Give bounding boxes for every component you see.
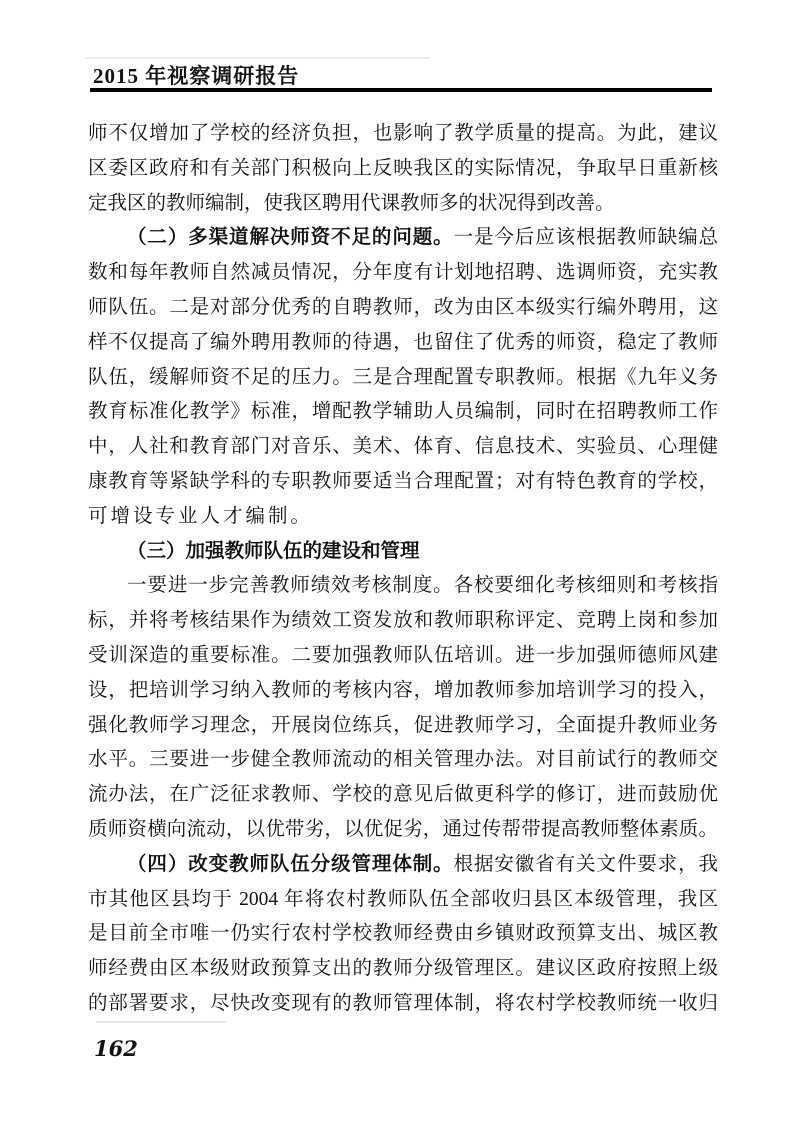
text-line: 设，把培训学习纳入教师的考核内容，增加教师参加培训学习的投入， <box>88 674 718 709</box>
section-heading-3: （三）加强教师队伍的建设和管理 <box>127 541 420 562</box>
text-line: 的部署要求，尽快改变现有的教师管理体制，将农村学校教师统一收归 <box>88 987 718 1022</box>
text-line: 师不仅增加了学校的经济负担，也影响了教学质量的提高。为此，建议 <box>88 117 718 152</box>
text-line: 定我区的教师编制，使我区聘用代课教师多的状况得到改善。 <box>88 187 718 222</box>
line-text: 市其他区县均于 2004 年将农村教师队伍全部收归县区本级管理，我区 <box>88 889 718 910</box>
line-text: 流办法，在广泛征求教师、学校的意见后做更科学的修订，进而鼓励优 <box>88 784 718 805</box>
text-line: 标，并将考核结果作为绩效工资发放和教师职称评定、竞聘上岗和参加 <box>88 604 718 639</box>
line-text: 可增设专业人才编制。 <box>88 506 313 527</box>
document-page: 2015 年视察调研报告 师不仅增加了学校的经济负担，也影响了教学质量的提高。为… <box>0 0 803 1133</box>
line-text: 中，人社和教育部门对音乐、美术、体育、信息技术、实验员、心理健 <box>88 436 718 457</box>
text-line: 流办法，在广泛征求教师、学校的意见后做更科学的修订，进而鼓励优 <box>88 778 718 813</box>
line-text: 强化教师学习理念，开展岗位练兵，促进教师学习，全面提升教师业务 <box>88 715 718 736</box>
line-text: 的部署要求，尽快改变现有的教师管理体制，将农村学校教师统一收归 <box>88 993 718 1014</box>
text-line: 样不仅提高了编外聘用教师的待遇，也留住了优秀的师资，稳定了教师 <box>88 326 718 361</box>
line-text: 师队伍。二是对部分优秀的自聘教师，改为由区本级实行编外聘用，这 <box>88 297 718 318</box>
text-line: 区委区政府和有关部门积极向上反映我区的实际情况，争取早日重新核 <box>88 152 718 187</box>
line-text: 水平。三要进一步健全教师流动的相关管理办法。对目前试行的教师交 <box>88 749 718 770</box>
section-heading-4: （四）改变教师队伍分级管理体制。 <box>127 854 454 875</box>
scan-artifact <box>85 57 430 59</box>
text-line: 水平。三要进一步健全教师流动的相关管理办法。对目前试行的教师交 <box>88 743 718 778</box>
text-line: 康教育等紧缺学科的专职教师要适当合理配置；对有特色教育的学校， <box>88 465 718 500</box>
line-text: 根据安徽省有关文件要求，我 <box>454 854 718 875</box>
page-number: 162 <box>94 1036 138 1061</box>
text-line: 强化教师学习理念，开展岗位练兵，促进教师学习，全面提升教师业务 <box>88 709 718 744</box>
report-title: 2015 年视察调研报告 <box>93 60 299 90</box>
line-text: 师不仅增加了学校的经济负担，也影响了教学质量的提高。为此，建议 <box>88 123 718 144</box>
text-line: 可增设专业人才编制。 <box>88 500 718 535</box>
line-text: 受训深造的重要标准。二要加强教师队伍培训。进一步加强师德师风建 <box>88 645 718 666</box>
text-line: 受训深造的重要标准。二要加强教师队伍培训。进一步加强师德师风建 <box>88 639 718 674</box>
header-rule <box>90 88 712 92</box>
line-text: 数和每年教师自然减员情况，分年度有计划地招聘、选调师资，充实教 <box>88 262 718 283</box>
text-line: （二）多渠道解决师资不足的问题。一是今后应该根据教师缺编总 <box>88 221 718 256</box>
text-line: 是目前全市唯一仍实行农村学校教师经费由乡镇财政预算支出、城区教 <box>88 917 718 952</box>
line-text: 教育标准化教学》标准，增配教学辅助人员编制，同时在招聘教师工作 <box>88 401 718 422</box>
text-line: 一要进一步完善教师绩效考核制度。各校要细化考核细则和考核指 <box>88 569 718 604</box>
line-text: 质师资横向流动，以优带劣，以优促劣，通过传帮带提高教师整体素质。 <box>88 819 718 840</box>
line-text: 样不仅提高了编外聘用教师的待遇，也留住了优秀的师资，稳定了教师 <box>88 332 718 353</box>
line-text: 区委区政府和有关部门积极向上反映我区的实际情况，争取早日重新核 <box>88 158 718 179</box>
text-line: 教育标准化教学》标准，增配教学辅助人员编制，同时在招聘教师工作 <box>88 395 718 430</box>
text-line: 师队伍。二是对部分优秀的自聘教师，改为由区本级实行编外聘用，这 <box>88 291 718 326</box>
line-text: 是目前全市唯一仍实行农村学校教师经费由乡镇财政预算支出、城区教 <box>88 923 718 944</box>
line-text: 定我区的教师编制，使我区聘用代课教师多的状况得到改善。 <box>88 193 615 214</box>
text-line: 数和每年教师自然减员情况，分年度有计划地招聘、选调师资，充实教 <box>88 256 718 291</box>
scan-artifact <box>96 1021 226 1023</box>
text-line: （四）改变教师队伍分级管理体制。根据安徽省有关文件要求，我 <box>88 848 718 883</box>
text-line: 市其他区县均于 2004 年将农村教师队伍全部收归县区本级管理，我区 <box>88 883 718 918</box>
document-body: 师不仅增加了学校的经济负担，也影响了教学质量的提高。为此，建议 区委区政府和有关… <box>88 117 718 1022</box>
line-text: 标，并将考核结果作为绩效工资发放和教师职称评定、竞聘上岗和参加 <box>88 610 718 631</box>
text-line: （三）加强教师队伍的建设和管理 <box>88 535 718 570</box>
text-line: 师经费由区本级财政预算支出的教师分级管理区。建议区政府按照上级 <box>88 952 718 987</box>
line-text: 设，把培训学习纳入教师的考核内容，增加教师参加培训学习的投入， <box>88 680 718 701</box>
text-line: 质师资横向流动，以优带劣，以优促劣，通过传帮带提高教师整体素质。 <box>88 813 718 848</box>
line-text: 师经费由区本级财政预算支出的教师分级管理区。建议区政府按照上级 <box>88 958 718 979</box>
section-heading-2: （二）多渠道解决师资不足的问题。 <box>127 227 454 248</box>
line-text: 一是今后应该根据教师缺编总 <box>454 227 718 248</box>
line-text: 康教育等紧缺学科的专职教师要适当合理配置；对有特色教育的学校， <box>88 471 718 492</box>
text-line: 队伍，缓解师资不足的压力。三是合理配置专职教师。根据《九年义务 <box>88 361 718 396</box>
text-line: 中，人社和教育部门对音乐、美术、体育、信息技术、实验员、心理健 <box>88 430 718 465</box>
line-text: 队伍，缓解师资不足的压力。三是合理配置专职教师。根据《九年义务 <box>88 367 718 388</box>
line-text: 一要进一步完善教师绩效考核制度。各校要细化考核细则和考核指 <box>127 575 718 596</box>
